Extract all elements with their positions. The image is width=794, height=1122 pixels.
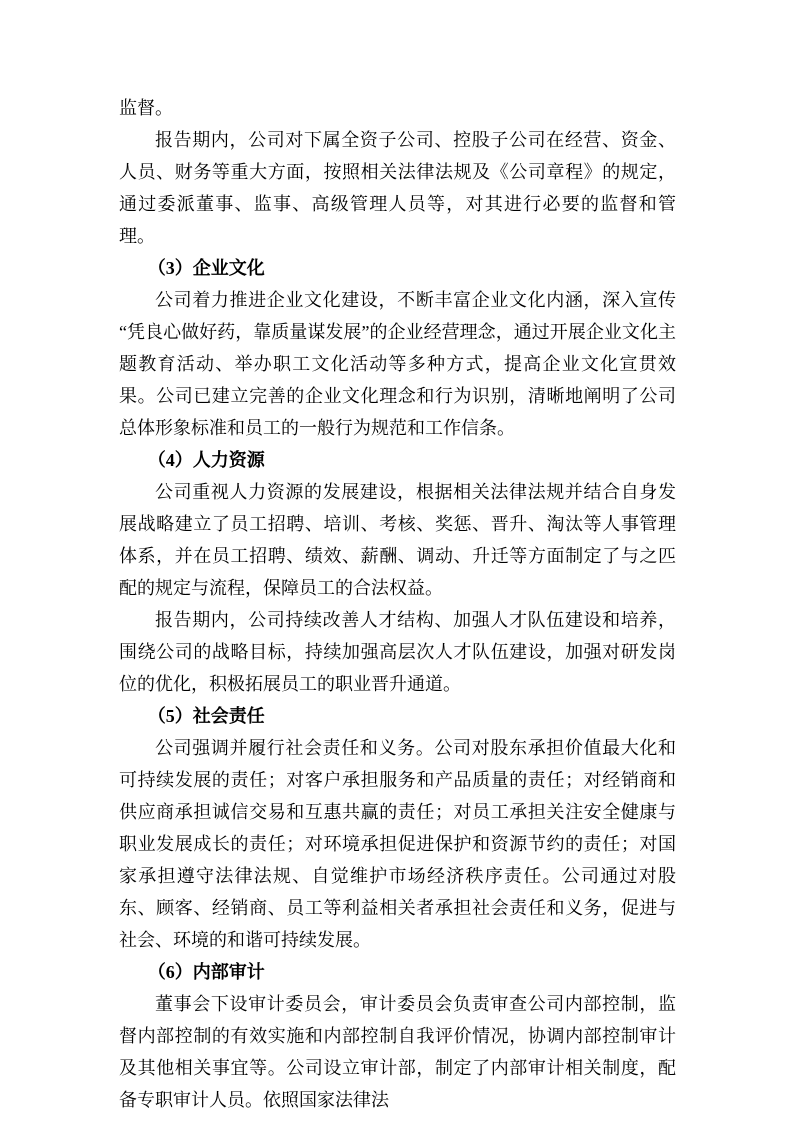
paragraph-internal-audit: 董事会下设审计委员会，审计委员会负责审查公司内部控制，监督内部控制的有效实施和内… — [119, 988, 676, 1116]
document-body: 监督。 报告期内，公司对下属全资子公司、控股子公司在经营、资金、人员、财务等重大… — [119, 92, 676, 1116]
section-heading-human-resources: （4）人力资源 — [119, 444, 676, 476]
section-heading-corporate-culture: （3）企业文化 — [119, 252, 676, 284]
paragraph-corporate-culture: 公司着力推进企业文化建设，不断丰富企业文化内涵，深入宣传“凭良心做好药，靠质量谋… — [119, 284, 676, 444]
paragraph-hr-system: 公司重视人力资源的发展建设，根据相关法律法规并结合自身发展战略建立了员工招聘、培… — [119, 476, 676, 604]
paragraph-hr-talent-development: 报告期内，公司持续改善人才结构、加强人才队伍建设和培养，围绕公司的战略目标，持续… — [119, 604, 676, 700]
section-heading-social-responsibility: （5）社会责任 — [119, 700, 676, 732]
document-page: 监督。 报告期内，公司对下属全资子公司、控股子公司在经营、资金、人员、财务等重大… — [0, 0, 794, 1122]
paragraph-social-responsibility: 公司强调并履行社会责任和义务。公司对股东承担价值最大化和可持续发展的责任；对客户… — [119, 732, 676, 956]
section-heading-internal-audit: （6）内部审计 — [119, 956, 676, 988]
paragraph-subsidiary-oversight: 报告期内，公司对下属全资子公司、控股子公司在经营、资金、人员、财务等重大方面，按… — [119, 124, 676, 252]
paragraph-supervision-continuation: 监督。 — [119, 92, 676, 124]
